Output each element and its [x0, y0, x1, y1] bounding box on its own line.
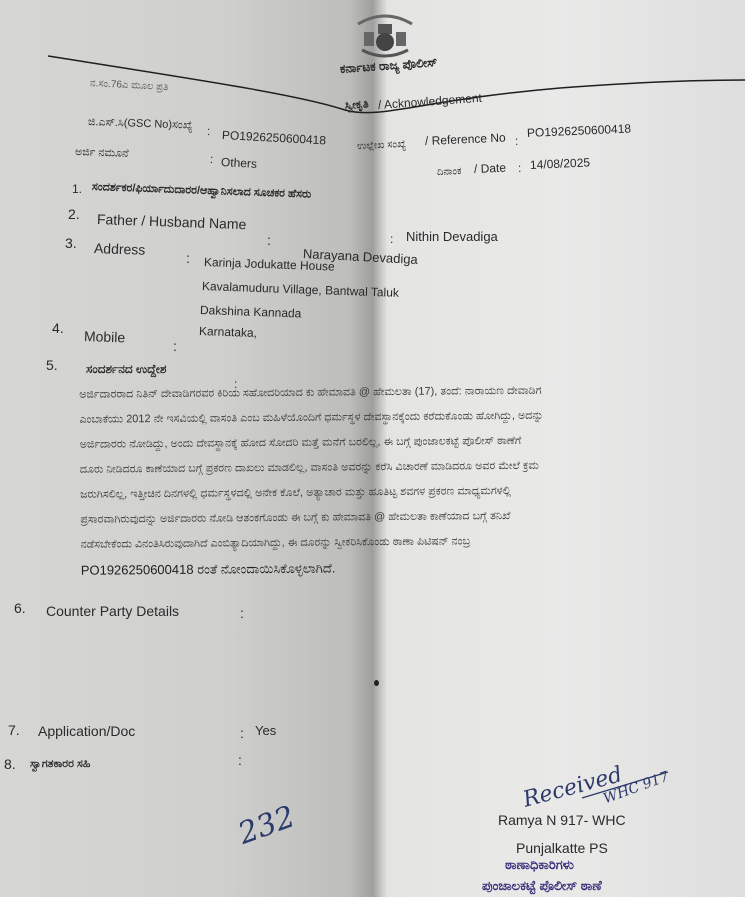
- ink-spot: [374, 680, 379, 686]
- field-8-label: ಸ್ವಾಗತಕಾರರ ಸಹಿ: [30, 758, 90, 771]
- acknowledgement-document: ಕರ್ನಾಟಕ ರಾಜ್ಯ ಪೊಲೀಸ್ ಸ್ವೀಕೃತಿ / Acknowle…: [0, 0, 745, 897]
- address-line-4: Karnataka,: [199, 324, 258, 340]
- date-colon: :: [518, 161, 522, 175]
- field-2-label: Father / Husband Name: [97, 211, 247, 232]
- field-7-value: Yes: [255, 723, 276, 738]
- field-6-label: Counter Party Details: [46, 603, 179, 619]
- field-2-number: 2.: [68, 206, 80, 222]
- field-2-colon: :: [267, 232, 271, 248]
- type-value: Others: [221, 155, 258, 171]
- gsc-colon: :: [207, 124, 211, 138]
- signatory-station-kannada: ಪುಂಜಾಲಕಟ್ಟೆ ಪೊಲೀಸ್ ಠಾಣೆ: [482, 878, 602, 894]
- date-label-kn: ದಿನಾಂಕ: [437, 166, 462, 178]
- reference-value: PO1926250600418: [527, 121, 632, 140]
- type-colon: :: [210, 152, 214, 166]
- field-5-number: 5.: [46, 357, 58, 373]
- field-7-number: 7.: [8, 722, 20, 738]
- field-3-number: 3.: [65, 235, 77, 251]
- field-1-value: Nithin Devadiga: [406, 229, 498, 244]
- field-3-label: Address: [94, 240, 146, 258]
- reference-label-kn: ಉಲ್ಲೇಖ ಸಂಖ್ಯೆ: [357, 139, 407, 152]
- field-7-label: Application/Doc: [38, 723, 135, 739]
- field-4-label: Mobile: [84, 328, 126, 345]
- purpose-paragraph: ಅರ್ಜಿದಾರರಾದ ನಿತಿನ್ ದೇವಾಡಿಗರವರ ಕಿರಿಯ ಸಹೋದ…: [79, 377, 711, 582]
- date-label: / Date: [474, 161, 507, 176]
- field-8-number: 8.: [4, 756, 16, 772]
- handwritten-note: 232: [234, 799, 300, 851]
- field-7-colon: :: [240, 725, 244, 741]
- address-line-3: Dakshina Kannada: [200, 303, 302, 321]
- field-8-colon: :: [238, 752, 242, 768]
- reference-colon: :: [515, 134, 519, 148]
- signatory-title-kannada: ಠಾಣಾಧಿಕಾರಿಗಳು: [505, 857, 574, 873]
- type-label: ಅರ್ಜಿ ನಮೂನೆ: [75, 146, 129, 161]
- purpose-line: PO1926250600418 ರಂತೆ ನೋಂದಾಯಿಸಿಕೊಳ್ಳಲಾಗಿದ…: [81, 552, 711, 582]
- date-value: 14/08/2025: [530, 155, 591, 172]
- gsc-value: PO1926250600418: [222, 128, 327, 147]
- signatory-station: Punjalkatte PS: [516, 840, 608, 856]
- field-3-colon: :: [186, 250, 190, 266]
- police-emblem-icon: [350, 10, 420, 60]
- field-6-colon: :: [240, 605, 244, 621]
- field-4-colon: :: [173, 338, 177, 354]
- field-1-colon: :: [390, 232, 393, 246]
- signature-underline: [580, 770, 670, 800]
- signatory-name: Ramya N 917- WHC: [498, 812, 626, 828]
- field-1-number: 1.: [72, 182, 82, 196]
- title-kannada: ಸ್ವೀಕೃತಿ: [345, 98, 370, 113]
- field-5-label: ಸಂದರ್ಶನದ ಉದ್ದೇಶ: [86, 362, 166, 377]
- form-number: ನ.ಸಂ.76ಎ ಮೂಲ ಪ್ರತಿ: [90, 78, 169, 93]
- address-line-2: Kavalamuduru Village, Bantwal Taluk: [202, 279, 399, 300]
- field-1-label: ಸಂದರ್ಶಕರ/ಫಿರ್ಯಾದುದಾರರ/ಆಹ್ವಾನಿಸಲಾದ ಸೂಚಕರ …: [92, 181, 312, 202]
- gsc-label: ಜಿ.ಎಸ್.ಸಿ(GSC No)ಸಂಖ್ಯೆ: [88, 116, 193, 133]
- title-english: / Acknowledgement: [378, 91, 483, 112]
- field-6-number: 6.: [14, 600, 26, 616]
- reference-label: / Reference No: [425, 130, 506, 148]
- field-4-number: 4.: [52, 320, 64, 336]
